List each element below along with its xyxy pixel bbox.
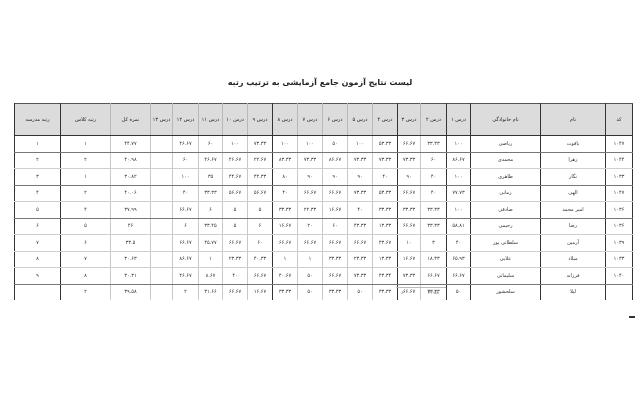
header-d5: درس ۵ [348, 104, 373, 136]
cell-d13 [151, 169, 173, 186]
cell-code [606, 284, 633, 300]
table-row: ۱۰۴۰فرزانهسلیمانی۶۶.۶۷۶۶.۶۷۷۳.۳۳۴۳.۳۴۷۳.… [15, 268, 633, 285]
cell-d6: ۱۶.۶۷ [323, 202, 348, 219]
cell-d13 [151, 136, 173, 153]
cell-d12: ۴۰ [173, 185, 199, 202]
cell-d6: ۳۳.۳۳ [323, 251, 348, 268]
cell-d10: ۵۶.۶۷ [223, 185, 248, 202]
cell-d9: ۴۴.۳۳ [248, 169, 273, 186]
cell-d6: ۵۰ [323, 136, 348, 153]
cell-d9: ۵۶.۶۷ [248, 185, 273, 202]
cell-d8: ۴۰ [273, 185, 298, 202]
cell-d10: ۴۰ [223, 268, 248, 285]
header-first-name: نام [541, 104, 606, 136]
cell-last-name: ریاضی [471, 136, 541, 153]
cell-d4: ۱۳.۳۳ [373, 251, 398, 268]
cell-d11: ۸.۶۷ [199, 268, 223, 285]
header-d3: درس ۳ [398, 104, 421, 136]
cell-d7: ۷۳.۳۳ [298, 152, 323, 169]
cell-d3: ۶۶.۶۷ [398, 185, 421, 202]
cell-d10: ۶۶.۶۷ [223, 235, 248, 252]
cell-total: ۴۰.۹۸ [111, 152, 151, 169]
cell-d6: ۳۳.۳۳ [323, 284, 348, 300]
cell-d12: ۶۶.۶۷ [173, 235, 199, 252]
cell-d4: ۴۳.۶۷ [373, 235, 398, 252]
cell-total: ۳۳.۵ [111, 235, 151, 252]
cell-code: ۱۰۳۹ [606, 235, 633, 252]
cell-last-name: صادقی [471, 202, 541, 219]
page-title: لیست نتایج آزمون جامع آزمایشی به ترتیب ر… [0, 78, 640, 87]
cell-d13 [151, 152, 173, 169]
cell-first-name: رضا [541, 218, 606, 235]
cell-d9: ۲۲.۶۷ [248, 152, 273, 169]
cell-school-rank: ۵ [15, 202, 61, 219]
cell-d5: ۷۳.۳۳ [348, 185, 373, 202]
cell-d4: ۷۳.۳۳ [373, 152, 398, 169]
cell-d8: ۱ [273, 251, 298, 268]
cell-last-name: سلحشور [471, 284, 541, 300]
extra-divider [396, 287, 446, 288]
cell-d4: ۵۳.۳۳ [373, 136, 398, 153]
table-row: ۱۰۳۳نگارطاهری۱۰۰۴۰۹۰۴۰۹۰۹۰۹۰۸۰۴۴.۳۳۴۴.۶۷… [15, 169, 633, 186]
cell-last-name: علایی [471, 251, 541, 268]
cell-school-rank: ۴ [15, 185, 61, 202]
header-total: نمره کل [111, 104, 151, 136]
cell-d9: ۱۶.۶۷ [248, 284, 273, 300]
table-row: ۱۰۴۷یاقوتریاضی۱۰۰۳۳.۳۳۶۶.۶۷۵۳.۳۳۱۰۰۵۰۱۰۰… [15, 136, 633, 153]
cell-d8: ۳۳.۳۳ [273, 284, 298, 300]
cell-d12: ۴۶.۶۷ [173, 136, 199, 153]
cell-d9: ۴۰.۳۳ [248, 251, 273, 268]
cell-d5: ۱۰۰ [348, 136, 373, 153]
table-row: ۱۰۳۹آرمینسلطانی پور۴۰۳۱۰۴۳.۶۷۶۶.۶۷۶۶.۶۷۶… [15, 235, 633, 252]
cell-d1: ۵۸.۸۱ [447, 218, 471, 235]
cell-first-name: یاقوت [541, 136, 606, 153]
cell-d11: ۳۵ [199, 169, 223, 186]
cell-d11: ۴۶.۶۷ [199, 152, 223, 169]
table-row: ۱۰۳۳میلادعلایی۶۵.۹۳۱۸.۳۳۱۶.۶۷۱۳.۳۳۲۳.۳۳۳… [15, 251, 633, 268]
cell-d1: ۸۶.۶۷ [447, 152, 471, 169]
cell-d9: ۵ [248, 202, 273, 219]
cell-d9: ۶۶.۶۷ [248, 268, 273, 285]
cell-d4: ۱۳.۳۳ [373, 218, 398, 235]
cell-d7: ۶۶.۶۷ [298, 235, 323, 252]
cell-d1: ۱۰۰ [447, 202, 471, 219]
cell-first-name: میلاد [541, 251, 606, 268]
cell-d10: ۵ [223, 202, 248, 219]
cell-last-name: محمدی [471, 152, 541, 169]
cell-d4: ۳۳.۳۳ [373, 284, 398, 300]
cell-d3: ۱۶.۶۷ [398, 251, 421, 268]
cell-d7: ۵۰ [298, 268, 323, 285]
cell-d1: ۱۰۰ [447, 169, 471, 186]
cell-total: ۴۶ [111, 218, 151, 235]
cell-d12: ۶۰ [173, 152, 199, 169]
cell-d3: ۹۰ [398, 169, 421, 186]
table-row: ۱۰۴۴زهرامحمدی۸۶.۶۷۶۰۷۳.۳۳۷۳.۳۳۷۳.۳۳۸۶.۶۷… [15, 152, 633, 169]
cell-d1: ۴۰ [447, 235, 471, 252]
cell-d3: ۶۶.۶۷ [398, 218, 421, 235]
cell-last-name: سلطانی پور [471, 235, 541, 252]
cell-d7: ۲۰ [298, 218, 323, 235]
cell-d10: ۴۶.۶۷ [223, 152, 248, 169]
header-last-name: نام خانوادگی [471, 104, 541, 136]
cell-last-name: طاهری [471, 169, 541, 186]
cell-d11: ۳۱.۶۶ [199, 284, 223, 300]
cell-d1: ۵۰ [447, 284, 471, 300]
extra-left-value: ۸۰ [401, 291, 406, 296]
cell-d13 [151, 202, 173, 219]
cell-code: ۱۰۴۷ [606, 136, 633, 153]
cell-d10: ۲۳.۳۳ [223, 251, 248, 268]
cell-school-rank: ۶ [15, 218, 61, 235]
cell-code: ۱۰۳۶ [606, 202, 633, 219]
cell-d3: ۷۳.۳۳ [398, 268, 421, 285]
table-row: ۱۰۳۶امیر محمدصادقی۱۰۰۳۳.۳۳۳۳.۳۳۳۳.۳۳۴۰۱۶… [15, 202, 633, 219]
cell-d9: ۶۰ [248, 235, 273, 252]
cell-d6: ۶۶.۶۷ [323, 268, 348, 285]
cell-d11: ۴۵.۷۷ [199, 235, 223, 252]
table-row: لیلاسلحشور۵۰۳۳.۳۳۶۶.۶۷۳۳.۳۳۵۰۳۳.۳۳۵۰۳۳.۳… [15, 284, 633, 300]
cell-d11: ۳۳.۳۳ [199, 185, 223, 202]
cell-first-name: لیلا [541, 284, 606, 300]
cell-d4: ۴۰ [373, 169, 398, 186]
cell-d2: ۶۰ [421, 152, 447, 169]
cell-code: ۱۰۳۳ [606, 169, 633, 186]
cell-d10: ۱۰۰ [223, 136, 248, 153]
cell-d2: ۴۰ [421, 169, 447, 186]
header-school-rank: رتبه مدرسه [15, 104, 61, 136]
cell-total: ۴۴.۷۷ [111, 136, 151, 153]
cell-code: ۱۰۴۷ [606, 185, 633, 202]
cell-d2: ۳۳.۳۳ [421, 202, 447, 219]
cell-d2: ۳ [421, 235, 447, 252]
cell-class-rank: ۸ [61, 268, 111, 285]
cell-d13 [151, 235, 173, 252]
cell-first-name: الهی [541, 185, 606, 202]
cell-last-name: رحیمی [471, 218, 541, 235]
cell-d1: ۶۶.۶۷ [447, 268, 471, 285]
cell-d12: ۸۶.۶۷ [173, 251, 199, 268]
cell-d11: ۶ [199, 202, 223, 219]
cell-d7: ۹۰ [298, 169, 323, 186]
header-d10: درس ۱۰ [223, 104, 248, 136]
extra-right-value: ۴۳.۵۸ [428, 291, 439, 296]
cell-d7: ۱۰۰ [298, 136, 323, 153]
cell-d8: ۱۰۰ [273, 136, 298, 153]
cell-d11: ۱ [199, 251, 223, 268]
header-d2: درس ۲ [421, 104, 447, 136]
cell-total: ۳۰.۶۳ [111, 251, 151, 268]
cell-d5: ۷۳.۳۳ [348, 152, 373, 169]
cell-d13 [151, 284, 173, 300]
cell-d10: ۵ [223, 218, 248, 235]
cell-d5: ۷۳.۳۳ [348, 268, 373, 285]
cell-d12: ۶ [173, 218, 199, 235]
cell-d1: ۷۷.۷۳ [447, 185, 471, 202]
cell-d4: ۴۳.۳۴ [373, 268, 398, 285]
cell-d12: ۶۶.۶۷ [173, 202, 199, 219]
cell-class-rank: ۱ [61, 169, 111, 186]
header-d8: درس ۸ [273, 104, 298, 136]
cell-total: ۴۰.۰۶ [111, 185, 151, 202]
cell-school-rank [15, 284, 61, 300]
cell-d10: ۴۴.۶۷ [223, 169, 248, 186]
cell-school-rank: ۷ [15, 235, 61, 252]
cell-d5: ۶۶.۶۷ [348, 235, 373, 252]
cell-code: ۱۰۳۳ [606, 251, 633, 268]
cell-d11: ۶۰ [199, 136, 223, 153]
cell-d5: ۲۳.۳۳ [348, 251, 373, 268]
cell-first-name: نگار [541, 169, 606, 186]
cell-total: ۳۰.۸۲ [111, 169, 151, 186]
cell-class-rank: ۱ [61, 136, 111, 153]
cell-d13 [151, 185, 173, 202]
cell-code: ۱۰۴۴ [606, 152, 633, 169]
cell-d8: ۸۰ [273, 169, 298, 186]
cell-d8: ۴۰.۶۷ [273, 268, 298, 285]
page-marker [629, 316, 635, 318]
cell-d9: ۶ [248, 218, 273, 235]
cell-class-rank: ۷ [61, 251, 111, 268]
cell-d7: ۱ [298, 251, 323, 268]
cell-d5: ۹۰ [348, 169, 373, 186]
header-class-rank: رتبه کلاس [61, 104, 111, 136]
cell-d8: ۶۶.۶۷ [273, 235, 298, 252]
cell-d2: ۴۰ [421, 185, 447, 202]
cell-d13 [151, 268, 173, 285]
table-row: ۱۰۴۷الهیزمانی۷۷.۷۳۴۰۶۶.۶۷۵۳.۳۳۷۳.۳۳۶۶.۶۷… [15, 185, 633, 202]
cell-d10: ۶۶.۶۷ [223, 284, 248, 300]
cell-d8: ۸۳.۳۳ [273, 152, 298, 169]
cell-first-name: زهرا [541, 152, 606, 169]
cell-d7: ۵۰ [298, 284, 323, 300]
cell-total: ۳۷.۹۹ [111, 202, 151, 219]
header-d12: درس ۱۲ [173, 104, 199, 136]
cell-first-name: فرزانه [541, 268, 606, 285]
cell-d8: ۱۶.۶۷ [273, 218, 298, 235]
cell-d3: ۳۳.۳۳ [398, 202, 421, 219]
table-row: ۱۰۳۶رضارحیمی۵۸.۸۱۳۳.۳۳۶۶.۶۷۱۳.۳۳۴۳.۳۳۶۰۲… [15, 218, 633, 235]
cell-d6: ۶۶.۶۷ [323, 185, 348, 202]
cell-d6: ۶۰ [323, 218, 348, 235]
cell-d1: ۱۰۰ [447, 136, 471, 153]
header-d7: درس ۷ [298, 104, 323, 136]
header-d13: درس ۱۳ [151, 104, 173, 136]
cell-d13 [151, 218, 173, 235]
header-d9: درس ۹ [248, 104, 273, 136]
cell-class-rank: ۶ [61, 235, 111, 252]
header-code: کد [606, 104, 633, 136]
cell-d11: ۳۳.۴۵ [199, 218, 223, 235]
cell-d7: ۶۶.۶۷ [298, 185, 323, 202]
cell-school-rank: ۸ [15, 251, 61, 268]
header-d4: درس ۴ [373, 104, 398, 136]
cell-class-rank: ۴ [61, 202, 111, 219]
cell-code: ۱۰۴۰ [606, 268, 633, 285]
cell-d12: ۲ [173, 284, 199, 300]
cell-school-rank: ۹ [15, 268, 61, 285]
cell-d3: ۷۳.۳۳ [398, 152, 421, 169]
cell-class-rank: ۲ [61, 284, 111, 300]
cell-school-rank: ۱ [15, 136, 61, 153]
header-row: کد نام نام خانوادگی درس ۱ درس ۲ درس ۳ در… [15, 104, 633, 136]
cell-first-name: آرمین [541, 235, 606, 252]
cell-d7: ۲۲.۳۳ [298, 202, 323, 219]
cell-d3: ۶۶.۶۷ [398, 136, 421, 153]
cell-class-rank: ۵ [61, 218, 111, 235]
cell-class-rank: ۲ [61, 152, 111, 169]
cell-d2: ۶۶.۶۷ [421, 268, 447, 285]
cell-d2: ۳۳.۳۳ [421, 136, 447, 153]
cell-d3: ۱۰ [398, 235, 421, 252]
cell-d5: ۴۰ [348, 202, 373, 219]
cell-d5: ۵۰ [348, 284, 373, 300]
cell-d5: ۴۳.۳۳ [348, 218, 373, 235]
cell-last-name: سلیمانی [471, 268, 541, 285]
cell-d6: ۹۰ [323, 169, 348, 186]
cell-d4: ۵۳.۳۳ [373, 185, 398, 202]
cell-last-name: زمانی [471, 185, 541, 202]
cell-d13 [151, 251, 173, 268]
cell-d4: ۳۳.۳۳ [373, 202, 398, 219]
cell-d6: ۸۶.۶۷ [323, 152, 348, 169]
results-table: کد نام نام خانوادگی درس ۱ درس ۲ درس ۳ در… [14, 103, 633, 300]
cell-school-rank: ۳ [15, 169, 61, 186]
header-d1: درس ۱ [447, 104, 471, 136]
cell-first-name: امیر محمد [541, 202, 606, 219]
cell-d6: ۶۶.۶۷ [323, 235, 348, 252]
cell-d9: ۷۳.۳۳ [248, 136, 273, 153]
cell-d12: ۴۶.۶۷ [173, 268, 199, 285]
cell-d12: ۱۰۰ [173, 169, 199, 186]
cell-total: ۳۹.۵۸ [111, 284, 151, 300]
cell-d8: ۳۳.۳۳ [273, 202, 298, 219]
cell-d2: ۱۸.۳۳ [421, 251, 447, 268]
header-d6: درس ۶ [323, 104, 348, 136]
cell-total: ۳۰.۳۱ [111, 268, 151, 285]
cell-school-rank: ۲ [15, 152, 61, 169]
cell-code: ۱۰۳۶ [606, 218, 633, 235]
cell-d2: ۳۳.۳۳ [421, 218, 447, 235]
header-d11: درس ۱۱ [199, 104, 223, 136]
cell-d1: ۶۵.۹۳ [447, 251, 471, 268]
cell-class-rank: ۲ [61, 185, 111, 202]
